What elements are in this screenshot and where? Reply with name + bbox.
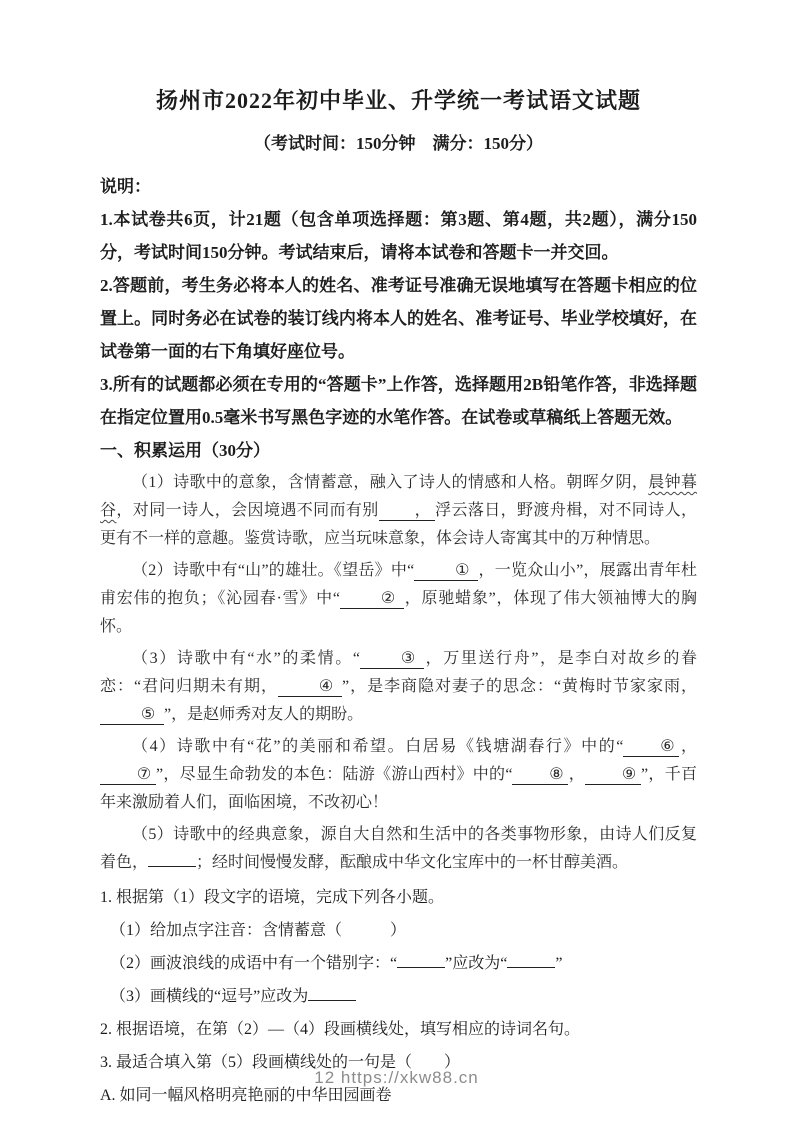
- passage-paragraph-3: （3）诗歌中有“水”的柔情。“③，万里送行舟”，是李白对故乡的眷恋：“君问归期未…: [100, 645, 697, 729]
- passage-paragraph-4: （4）诗歌中有“花”的美丽和希望。白居易《钱塘湖春行》中的“⑥，⑦”，尽显生命勃…: [100, 733, 697, 817]
- answer-blank: [397, 967, 445, 968]
- answer-blank: ⑥: [623, 738, 679, 757]
- section-heading: 一、积累运用（30分）: [100, 434, 697, 467]
- note-item-3: 3.所有的试题都必须在专用的“答题卡”上作答，选择题用2B铅笔作答，非选择题在指…: [100, 368, 697, 434]
- answer-blank: ③: [360, 650, 424, 669]
- exam-sheet: 扬州市2022年初中毕业、升学统一考试语文试题 （考试时间：150分钟 满分：1…: [100, 86, 697, 1112]
- passage-paragraph-2: （2）诗歌中有“山”的雄壮。《望岳》中“①，一览众山小”，展露出青年杜甫宏伟的抱…: [100, 557, 697, 641]
- page-footer: 12 https://xkw88.cn: [0, 1068, 793, 1088]
- answer-blank: ，: [379, 502, 435, 521]
- answer-blank: ⑦: [100, 766, 156, 785]
- exam-title: 扬州市2022年初中毕业、升学统一考试语文试题: [100, 86, 697, 116]
- question-1-sub-3: （3）画横线的“逗号”应改为: [100, 980, 697, 1013]
- answer-blank: ⑨: [585, 766, 641, 785]
- question-1-sub-1: （1）给加点字注音：含情蓄意（ ）: [100, 914, 697, 947]
- question-2: 2. 根据语境，在第（2）—（4）段画横线处，填写相应的诗词名句。: [100, 1013, 697, 1046]
- question-1-sub-2: （2）画波浪线的成语中有一个错别字：“”应改为“”: [100, 947, 697, 980]
- answer-blank: ④: [278, 678, 342, 697]
- passage-paragraph-5: （5）诗歌中的经典意象，源自大自然和生活中的各类事物形象，由诗人们反复着色，；经…: [100, 821, 697, 877]
- passage: （1）诗歌中的意象，含情蓄意，融入了诗人的情感和人格。朝晖夕阴，晨钟暮谷，对同一…: [100, 469, 697, 877]
- answer-blank: ②: [340, 590, 404, 609]
- answer-blank: [308, 1000, 356, 1001]
- emphasis-dot-char: 蓄: [321, 474, 337, 491]
- emphasis-dot-char: 蓄: [294, 922, 310, 939]
- answer-blank: [148, 866, 196, 867]
- answer-blank: ⑤: [100, 706, 164, 725]
- note-item-1: 1.本试卷共6页，计21题（包含单项选择题：第3题、第4题，共2题），满分150…: [100, 203, 697, 269]
- answer-blank: ⑧: [512, 766, 568, 785]
- note-item-2: 2.答题前，考生务必将本人的姓名、准考证号准确无误地填写在答题卡相应的位置上。同…: [100, 269, 697, 368]
- question-1: 1. 根据第（1）段文字的语境，完成下列各小题。: [100, 881, 697, 914]
- answer-blank: ①: [414, 562, 478, 581]
- answer-blank: [507, 967, 555, 968]
- notes-heading: 说明：: [100, 170, 697, 203]
- passage-paragraph-1: （1）诗歌中的意象，含情蓄意，融入了诗人的情感和人格。朝晖夕阴，晨钟暮谷，对同一…: [100, 469, 697, 553]
- exam-meta: （考试时间：150分钟 满分：150分）: [100, 132, 697, 156]
